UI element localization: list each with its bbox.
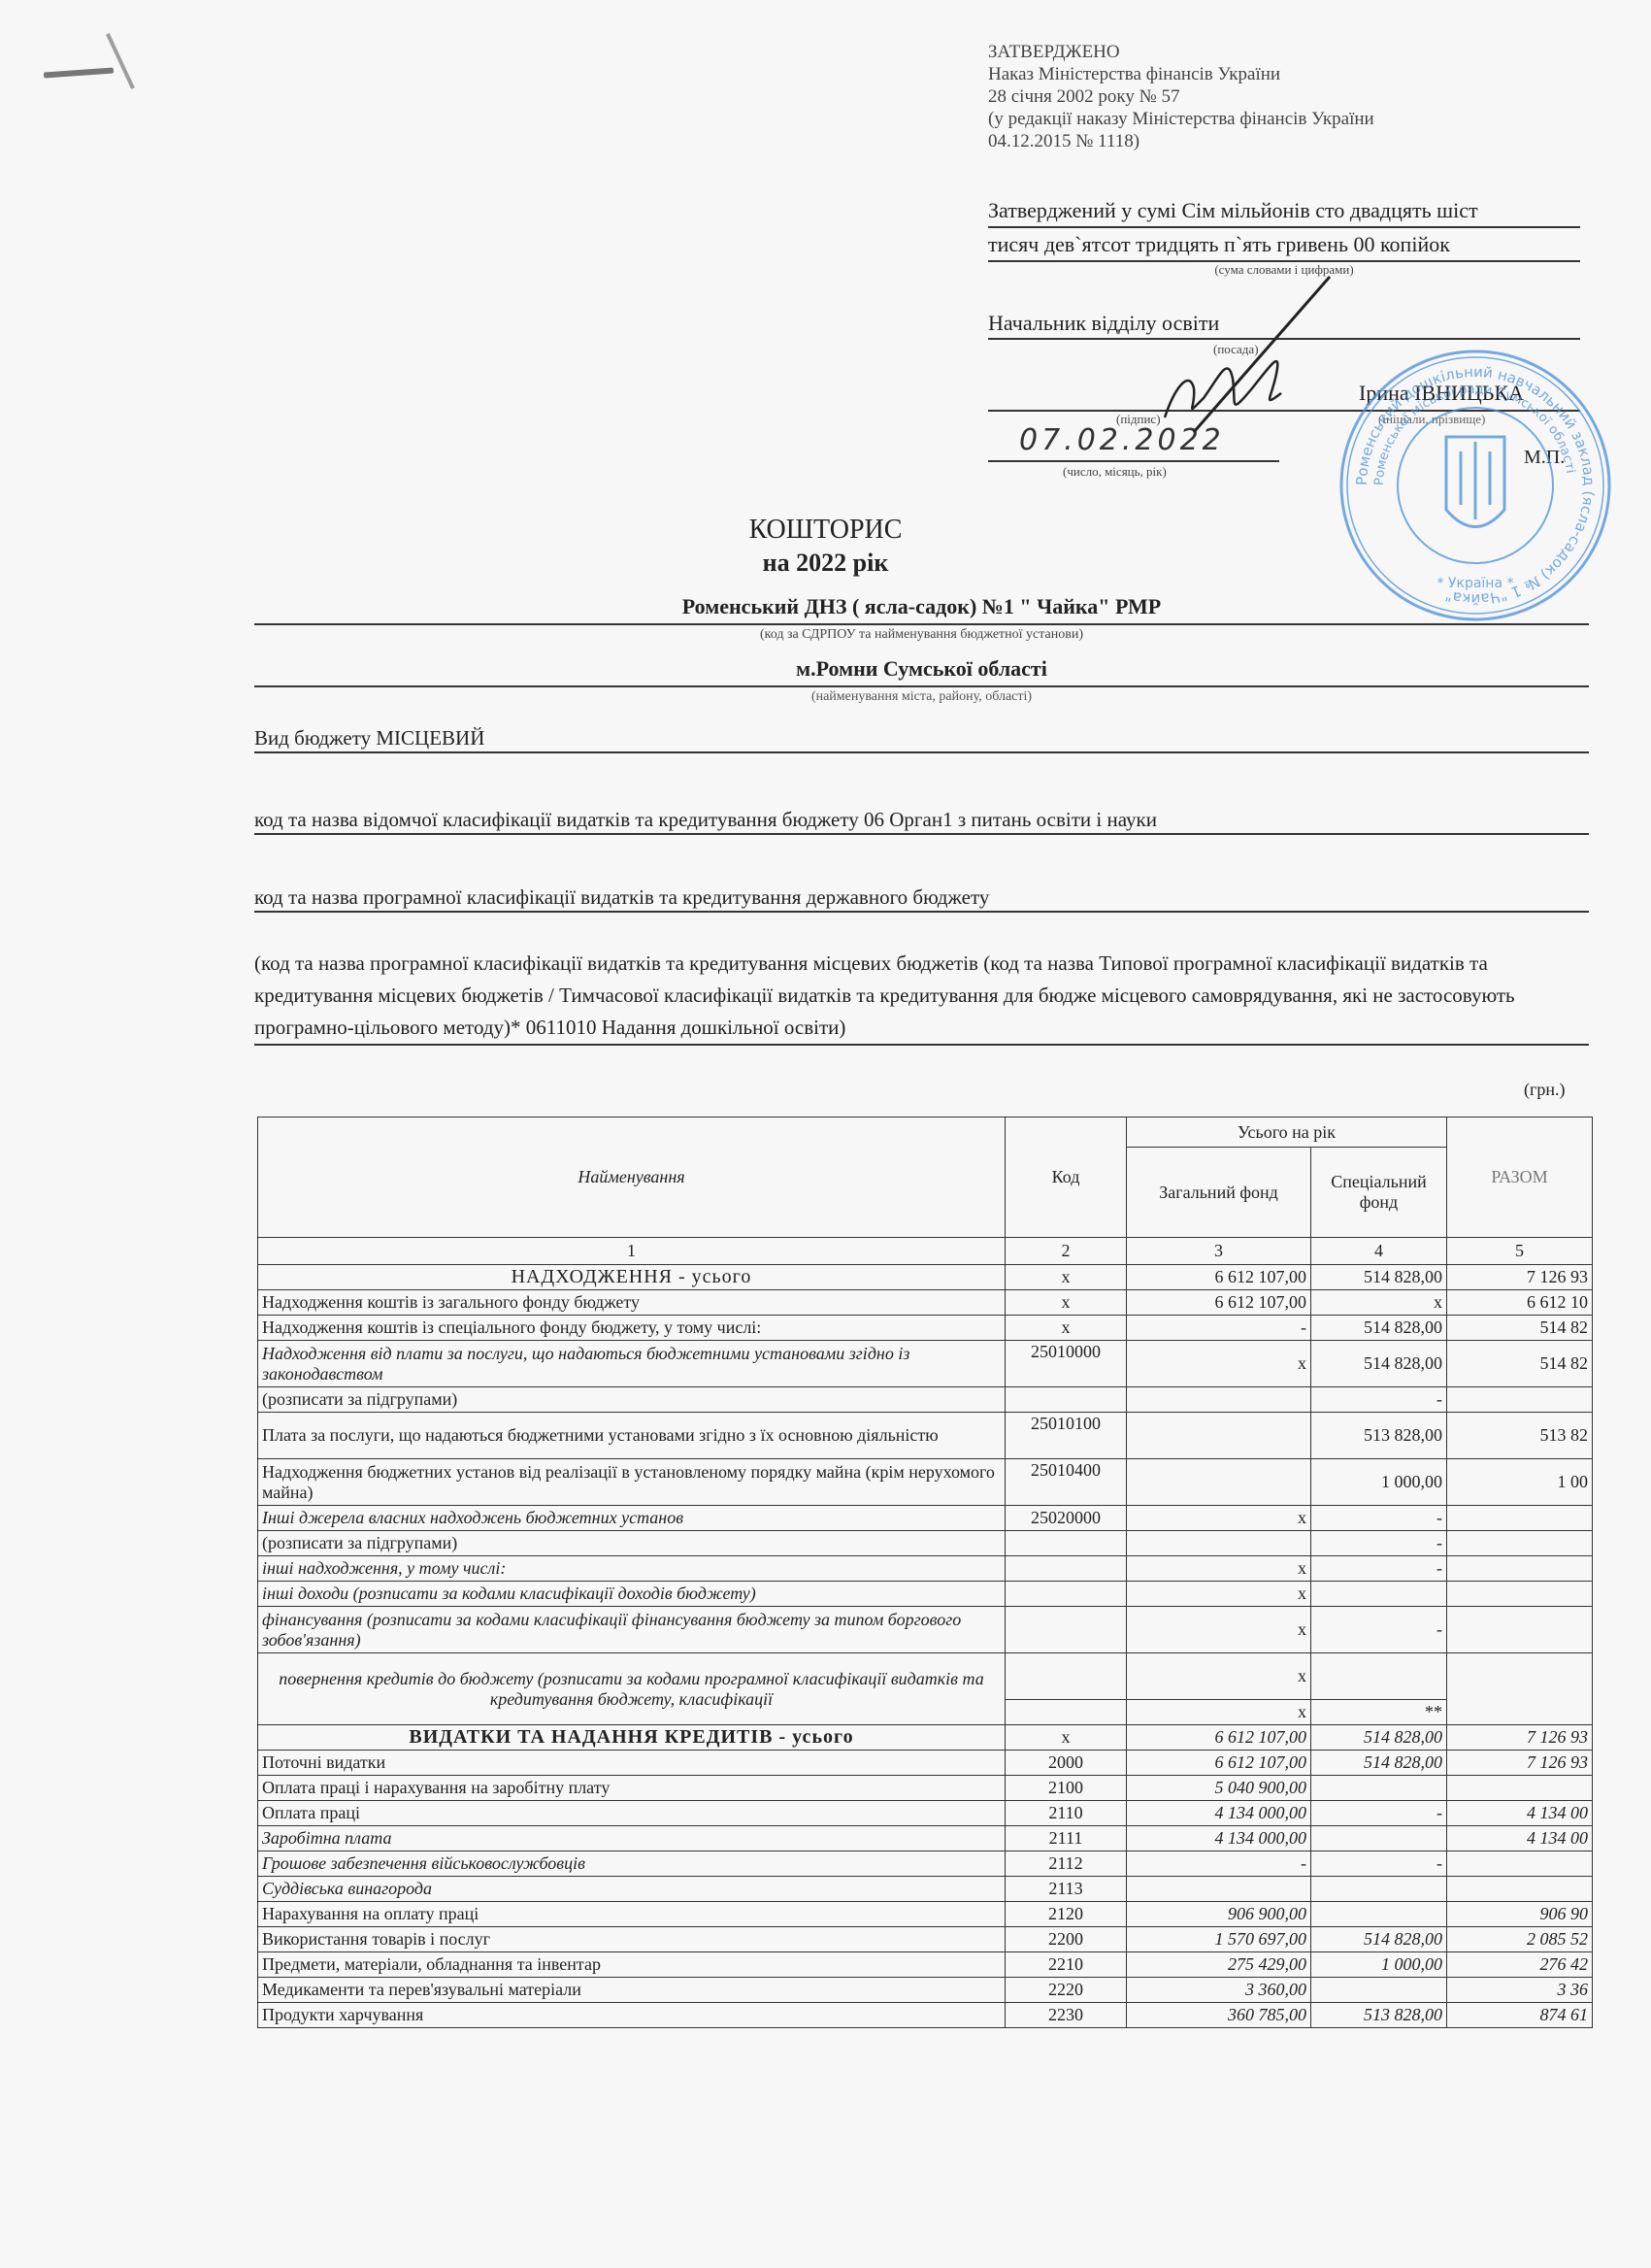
row-special-fund: - (1311, 1607, 1447, 1653)
row-general-fund: 6 612 107,00 (1127, 1751, 1311, 1776)
row-special-fund: - (1311, 1556, 1447, 1582)
row-special-fund: 514 828,00 (1311, 1316, 1447, 1341)
row-general-fund: - (1127, 1851, 1311, 1877)
column-number: 4 (1311, 1238, 1447, 1265)
table-row: Надходження від плати за послуги, що над… (258, 1341, 1593, 1387)
staple-mark (106, 33, 135, 89)
row-special-fund: 514 828,00 (1311, 1725, 1447, 1751)
row-code: 2100 (1006, 1776, 1127, 1801)
row-code (1006, 1700, 1127, 1725)
row-special-fund (1311, 1826, 1447, 1851)
approval-line: 28 січня 2002 року № 57 (988, 85, 1374, 108)
city-name: м.Ромни Сумської області (254, 652, 1589, 687)
row-code: 2210 (1006, 1952, 1127, 1978)
row-total (1447, 1531, 1593, 1556)
row-general-fund: 3 360,00 (1127, 1978, 1311, 2003)
header-special-fund: Спеціальний фонд (1311, 1148, 1447, 1238)
row-general-fund: х (1127, 1506, 1311, 1531)
table-row: Суддівська винагорода2113 (258, 1877, 1593, 1902)
table-row: Оплата праці і нарахування на заробітну … (258, 1776, 1593, 1801)
row-total (1447, 1776, 1593, 1801)
header-name: Найменування (258, 1117, 1006, 1238)
row-code: 2200 (1006, 1927, 1127, 1952)
row-general-fund: 360 785,00 (1127, 2003, 1311, 2028)
row-special-fund (1311, 1902, 1447, 1927)
row-general-fund: 4 134 000,00 (1127, 1801, 1311, 1826)
table-row: Заробітна плата21114 134 000,004 134 00 (258, 1826, 1593, 1851)
row-special-fund: 514 828,00 (1311, 1927, 1447, 1952)
sum-words-line-1: Затверджений у сумі Сім мільйонів сто дв… (988, 194, 1580, 228)
table-row: Грошове забезпечення військовослужбовців… (258, 1851, 1593, 1877)
row-total: 7 126 93 (1447, 1265, 1593, 1290)
approval-block: ЗАТВЕРДЖЕНО Наказ Міністерства фінансів … (988, 41, 1374, 152)
signature-icon (1136, 272, 1359, 437)
row-code: 2110 (1006, 1801, 1127, 1826)
estimate-table: Найменування Код Усього на рік РАЗОМ Заг… (257, 1117, 1593, 2028)
row-special-fund: 513 828,00 (1311, 2003, 1447, 2028)
row-code: 25010400 (1006, 1459, 1127, 1506)
approval-line: (у редакції наказу Міністерства фінансів… (988, 108, 1374, 130)
column-number: 1 (258, 1238, 1006, 1265)
local-program-classification: (код та назва програмної класифікації ви… (254, 948, 1589, 1046)
row-general-fund: х (1127, 1341, 1311, 1387)
row-general-fund: х (1127, 1607, 1311, 1653)
row-total: 276 42 (1447, 1952, 1593, 1978)
row-name: НАДХОДЖЕННЯ - усього (258, 1265, 1006, 1290)
budget-type: Вид бюджету МІСЦЕВИЙ (254, 724, 1589, 753)
header-year-total: Усього на рік (1127, 1117, 1447, 1148)
approval-line: 04.12.2015 № 1118) (988, 130, 1374, 152)
table-row: ВИДАТКИ ТА НАДАННЯ КРЕДИТІВ - усьогох6 6… (258, 1725, 1593, 1751)
row-total: 7 126 93 (1447, 1725, 1593, 1751)
row-total: 874 61 (1447, 2003, 1593, 2028)
approval-heading: ЗАТВЕРДЖЕНО (988, 41, 1374, 63)
row-general-fund: 275 429,00 (1127, 1952, 1311, 1978)
row-special-fund (1311, 1776, 1447, 1801)
row-special-fund: - (1311, 1801, 1447, 1826)
row-name: Надходження коштів із спеціального фонду… (258, 1316, 1006, 1341)
table-row: Нарахування на оплату праці2120906 900,0… (258, 1902, 1593, 1927)
row-special-fund: 514 828,00 (1311, 1751, 1447, 1776)
row-general-fund: х (1127, 1700, 1311, 1725)
row-total (1447, 1556, 1593, 1582)
row-general-fund (1127, 1531, 1311, 1556)
staple-mark (44, 67, 114, 78)
table-row: (розписати за підгрупами)- (258, 1531, 1593, 1556)
column-number: 5 (1447, 1238, 1593, 1265)
row-code: 2220 (1006, 1978, 1127, 2003)
table-row: фінансування (розписати за кодами класиф… (258, 1607, 1593, 1653)
row-general-fund (1127, 1413, 1311, 1459)
row-special-fund: х (1311, 1290, 1447, 1316)
table-row: Інші джерела власних надходжень бюджетни… (258, 1506, 1593, 1531)
row-name: повернення кредитів до бюджету (розписат… (258, 1653, 1006, 1725)
row-special-fund: - (1311, 1506, 1447, 1531)
table-row: Надходження коштів із спеціального фонду… (258, 1316, 1593, 1341)
departmental-classification: код та назва відомчої класифікації видат… (254, 806, 1589, 835)
approved-sum: Затверджений у сумі Сім мільйонів сто дв… (988, 194, 1580, 278)
row-code: х (1006, 1725, 1127, 1751)
row-special-fund: 1 000,00 (1311, 1952, 1447, 1978)
row-name: Оплата праці і нарахування на заробітну … (258, 1776, 1006, 1801)
state-program-classification: код та назва програмної класифікації вид… (254, 884, 1589, 913)
row-name: Надходження бюджетних установ від реаліз… (258, 1459, 1006, 1506)
table-row: Надходження бюджетних установ від реаліз… (258, 1459, 1593, 1506)
row-special-fund: - (1311, 1851, 1447, 1877)
table-row: Використання товарів і послуг22001 570 6… (258, 1927, 1593, 1952)
row-total (1447, 1506, 1593, 1531)
row-special-fund: ** (1311, 1700, 1447, 1725)
row-total: 514 82 (1447, 1316, 1593, 1341)
row-special-fund: 514 828,00 (1311, 1341, 1447, 1387)
row-total: 514 82 (1447, 1341, 1593, 1387)
row-special-fund: 513 828,00 (1311, 1413, 1447, 1459)
table-row: Медикаменти та перев'язувальні матеріали… (258, 1978, 1593, 2003)
row-total: 4 134 00 (1447, 1826, 1593, 1851)
row-name: Оплата праці (258, 1801, 1006, 1826)
row-special-fund (1311, 1582, 1447, 1607)
row-name: Плата за послуги, що надаються бюджетним… (258, 1413, 1006, 1459)
row-total: 6 612 10 (1447, 1290, 1593, 1316)
row-special-fund (1311, 1653, 1447, 1700)
row-total: 513 82 (1447, 1413, 1593, 1459)
row-code (1006, 1653, 1127, 1700)
header-code: Код (1006, 1117, 1127, 1238)
city-caption: (найменування міста, району, області) (254, 689, 1589, 705)
row-total: 2 085 52 (1447, 1927, 1593, 1952)
row-special-fund: - (1311, 1387, 1447, 1413)
row-name: (розписати за підгрупами) (258, 1531, 1006, 1556)
row-code: х (1006, 1265, 1127, 1290)
document-title: КОШТОРИС (0, 515, 1651, 546)
row-name: ВИДАТКИ ТА НАДАННЯ КРЕДИТІВ - усього (258, 1725, 1006, 1751)
table-row: інші надходження, у тому числі:х- (258, 1556, 1593, 1582)
row-code: 2112 (1006, 1851, 1127, 1877)
row-name: фінансування (розписати за кодами класиф… (258, 1607, 1006, 1653)
row-name: інші надходження, у тому числі: (258, 1556, 1006, 1582)
table-row: Плата за послуги, що надаються бюджетним… (258, 1413, 1593, 1459)
row-name: інші доходи (розписати за кодами класифі… (258, 1582, 1006, 1607)
row-general-fund: 6 612 107,00 (1127, 1290, 1311, 1316)
row-special-fund (1311, 1877, 1447, 1902)
approval-line: Наказ Міністерства фінансів України (988, 63, 1374, 85)
row-code: 25020000 (1006, 1506, 1127, 1531)
row-total: 4 134 00 (1447, 1801, 1593, 1826)
row-total: 906 90 (1447, 1902, 1593, 1927)
svg-text:* Україна *: * Україна * (1437, 576, 1514, 591)
table-row: НАДХОДЖЕННЯ - усьогох6 612 107,00514 828… (258, 1265, 1593, 1290)
row-code: 2113 (1006, 1877, 1127, 1902)
row-total (1447, 1387, 1593, 1413)
row-code (1006, 1387, 1127, 1413)
row-general-fund (1127, 1459, 1311, 1506)
row-special-fund: 1 000,00 (1311, 1459, 1447, 1506)
row-total: 1 00 (1447, 1459, 1593, 1506)
row-code: 25010100 (1006, 1413, 1127, 1459)
row-name: Інші джерела власних надходжень бюджетни… (258, 1506, 1006, 1531)
row-code: х (1006, 1316, 1127, 1341)
row-general-fund: х (1127, 1653, 1311, 1700)
row-general-fund: 1 570 697,00 (1127, 1927, 1311, 1952)
row-name: Надходження коштів із загального фонду б… (258, 1290, 1006, 1316)
row-total (1447, 1607, 1593, 1653)
row-general-fund: 6 612 107,00 (1127, 1265, 1311, 1290)
row-total (1447, 1653, 1593, 1725)
row-code (1006, 1531, 1127, 1556)
row-code: 25010000 (1006, 1341, 1127, 1387)
table-row: (розписати за підгрупами)- (258, 1387, 1593, 1413)
date-caption: (число, місяць, рік) (1063, 464, 1167, 480)
table-row: Продукти харчування2230360 785,00513 828… (258, 2003, 1593, 2028)
row-name: Надходження від плати за послуги, що над… (258, 1341, 1006, 1387)
organization-caption: (код за СДРПОУ та найменування бюджетної… (254, 627, 1589, 643)
currency-unit: (грн.) (1524, 1080, 1566, 1100)
row-general-fund: 4 134 000,00 (1127, 1826, 1311, 1851)
row-total: 7 126 93 (1447, 1751, 1593, 1776)
row-general-fund: 906 900,00 (1127, 1902, 1311, 1927)
row-special-fund: - (1311, 1531, 1447, 1556)
row-name: Нарахування на оплату праці (258, 1902, 1006, 1927)
table-row: інші доходи (розписати за кодами класифі… (258, 1582, 1593, 1607)
table-row: Оплата праці21104 134 000,00-4 134 00 (258, 1801, 1593, 1826)
column-number: 2 (1006, 1238, 1127, 1265)
official-stamp-icon: Роменський дошкільний навчальний заклад … (1330, 345, 1621, 626)
organization-name: Роменський ДНЗ ( ясла-садок) №1 " Чайка"… (254, 590, 1589, 625)
row-code (1006, 1556, 1127, 1582)
row-special-fund: 514 828,00 (1311, 1265, 1447, 1290)
row-name: Грошове забезпечення військовослужбовців (258, 1851, 1006, 1877)
row-general-fund (1127, 1387, 1311, 1413)
header-general-fund: Загальний фонд (1127, 1148, 1311, 1238)
row-code: 2000 (1006, 1751, 1127, 1776)
row-total: 3 36 (1447, 1978, 1593, 2003)
document-subtitle: на 2022 рік (0, 549, 1651, 578)
row-code (1006, 1607, 1127, 1653)
row-name: Заробітна плата (258, 1826, 1006, 1851)
row-name: Предмети, матеріали, обладнання та інвен… (258, 1952, 1006, 1978)
row-general-fund: - (1127, 1316, 1311, 1341)
row-name: Поточні видатки (258, 1751, 1006, 1776)
row-name: (розписати за підгрупами) (258, 1387, 1006, 1413)
table-row: Надходження коштів із загального фонду б… (258, 1290, 1593, 1316)
row-name: Використання товарів і послуг (258, 1927, 1006, 1952)
row-name: Суддівська винагорода (258, 1877, 1006, 1902)
table-row: Поточні видатки20006 612 107,00514 828,0… (258, 1751, 1593, 1776)
row-code: 2230 (1006, 2003, 1127, 2028)
row-general-fund: х (1127, 1556, 1311, 1582)
sum-words-line-2: тисяч дев`ятсот тридцять п`ять гривень 0… (988, 228, 1580, 262)
row-code (1006, 1582, 1127, 1607)
row-code: 2111 (1006, 1826, 1127, 1851)
table-row: Предмети, матеріали, обладнання та інвен… (258, 1952, 1593, 1978)
row-code: 2120 (1006, 1902, 1127, 1927)
table-row: повернення кредитів до бюджету (розписат… (258, 1653, 1593, 1700)
row-total (1447, 1851, 1593, 1877)
row-name: Продукти харчування (258, 2003, 1006, 2028)
row-code: х (1006, 1290, 1127, 1316)
row-general-fund: 5 040 900,00 (1127, 1776, 1311, 1801)
column-numbers-row: 1 2 3 4 5 (258, 1238, 1593, 1265)
row-total (1447, 1877, 1593, 1902)
row-special-fund (1311, 1978, 1447, 2003)
row-name: Медикаменти та перев'язувальні матеріали (258, 1978, 1006, 2003)
row-general-fund: 6 612 107,00 (1127, 1725, 1311, 1751)
row-general-fund (1127, 1877, 1311, 1902)
header-total: РАЗОМ (1447, 1117, 1593, 1238)
row-general-fund: х (1127, 1582, 1311, 1607)
row-total (1447, 1582, 1593, 1607)
column-number: 3 (1127, 1238, 1311, 1265)
